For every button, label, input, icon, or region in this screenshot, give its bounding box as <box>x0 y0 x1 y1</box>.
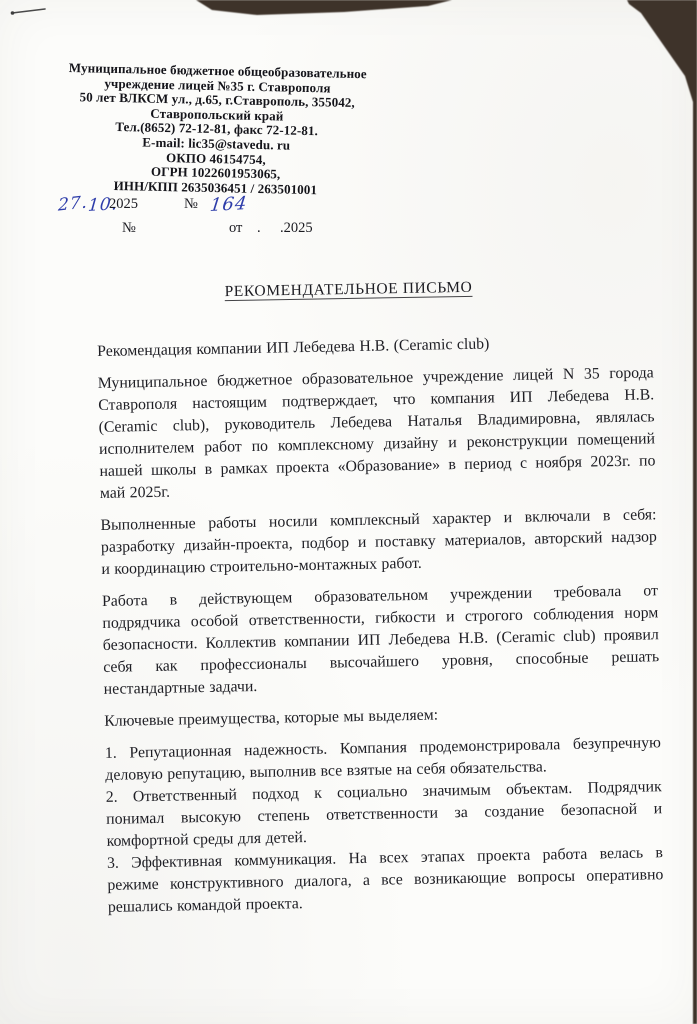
date-dot: . <box>257 220 261 237</box>
paragraph-confirmation: Муниципальное бюджетное образовательное … <box>98 362 656 505</box>
year-suffix: .2025 <box>280 220 313 237</box>
number-sign: № <box>184 196 198 213</box>
reference-form-line: № от . .2025 <box>0 220 697 244</box>
pen-mark <box>12 9 45 13</box>
letterhead: Муниципальное бюджетное общеобразователь… <box>19 60 414 200</box>
from-label: от <box>229 220 242 237</box>
letter-body: Рекомендация компании ИП Лебедева Н.В. (… <box>97 330 664 919</box>
text-line: Ключевые преимущества, которые мы выделя… <box>104 700 660 733</box>
handwritten-number: 164 <box>209 193 249 216</box>
printed-year: 2025 <box>109 196 138 213</box>
number-sign: № <box>122 220 136 237</box>
paragraph-advantages-intro: Ключевые преимущества, которые мы выделя… <box>104 700 660 733</box>
list-item-responsibility: 2. Ответственный подход к социально знач… <box>106 776 663 853</box>
handwritten-day: 27. <box>58 192 89 215</box>
date-number-line: 27. 10. 2025 № 164 <box>0 196 697 220</box>
paragraph-professionalism: Работа в действующем образовательном учр… <box>102 580 660 701</box>
list-item-communication: 3. Эффективная коммуникация. На всех эта… <box>107 842 664 919</box>
paragraph-scope-of-work: Выполненные работы носили комплексный ха… <box>100 504 657 581</box>
scanned-letter-page: Муниципальное бюджетное общеобразователь… <box>0 0 697 1024</box>
recommendation-subject-line: Рекомендация компании ИП Лебедева Н.В. (… <box>97 330 653 363</box>
scan-dark-top-band <box>196 0 452 15</box>
pen-mark-dot <box>11 11 15 15</box>
document-title: РЕКОМЕНДАТЕЛЬНОЕ ПИСЬМО <box>0 275 697 305</box>
